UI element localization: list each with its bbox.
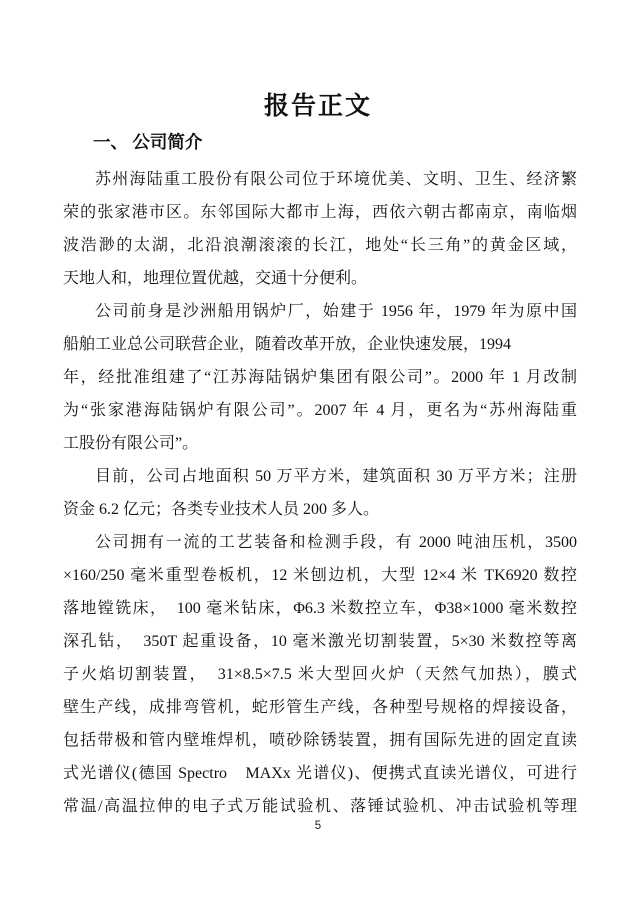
text-line-p2-l1: 公司前身是沙洲船用锅炉厂，始建于 1956 年，1979 年为原中国 xyxy=(63,295,577,328)
page-number: 5 xyxy=(0,819,636,834)
text-line-p4-l2: ×160/250 毫米重型卷板机，12 米刨边机，大型 12×4 米 TK692… xyxy=(63,559,577,592)
text-line-p4-l5: 子火焰切割装置， 31×8.5×7.5 米大型回火炉（天然气加热），膜式 xyxy=(63,658,577,691)
text-line-p4-l8: 式光谱仪(德国 Spectro MAXx 光谱仪)、便携式直读光谱仪，可进行 xyxy=(63,757,577,790)
text-line-p3-l2: 资金 6.2 亿元；各类专业技术人员 200 多人。 xyxy=(63,493,577,526)
text-line-p4-l1: 公司拥有一流的工艺装备和检测手段，有 2000 吨油压机，3500 xyxy=(63,526,577,559)
text-line-p1-l4: 天地人和，地理位置优越，交通十分便利。 xyxy=(63,262,577,295)
document-body: 苏州海陆重工股份有限公司位于环境优美、文明、卫生、经济繁荣的张家港市区。东邻国际… xyxy=(63,163,577,823)
text-line-p4-l6: 壁生产线，成排弯管机，蛇形管生产线，各种型号规格的焊接设备， xyxy=(63,691,577,724)
text-line-p1-l3: 波浩渺的太湖，北沿浪潮滚滚的长江，地处“长三角”的黄金区域， xyxy=(63,229,577,262)
text-line-p4-l4: 深孔钻， 350T 起重设备，10 毫米激光切割装置，5×30 米数控等离 xyxy=(63,625,577,658)
text-line-p2-l3: 年，经批准组建了“江苏海陆锅炉集团有限公司”。2000 年 1 月改制 xyxy=(63,361,577,394)
page-title: 报告正文 xyxy=(0,90,636,124)
text-line-p2-l5: 工股份有限公司”。 xyxy=(63,427,577,460)
text-line-p2-l4: 为“张家港海陆锅炉有限公司”。2007 年 4 月，更名为“苏州海陆重 xyxy=(63,394,577,427)
text-line-p3-l1: 目前，公司占地面积 50 万平方米，建筑面积 30 万平方米；注册 xyxy=(63,460,577,493)
text-line-p2-l2: 船舶工业总公司联营企业，随着改革开放，企业快速发展，1994 xyxy=(63,328,577,361)
text-line-p1-l1: 苏州海陆重工股份有限公司位于环境优美、文明、卫生、经济繁 xyxy=(63,163,577,196)
section-heading: 一、 公司简介 xyxy=(63,129,577,155)
text-line-p4-l7: 包括带极和管内壁堆焊机，喷砂除锈装置，拥有国际先进的固定直读 xyxy=(63,724,577,757)
text-line-p4-l3: 落地镗铣床， 100 毫米钻床，Φ6.3 米数控立车，Φ38×1000 毫米数控 xyxy=(63,592,577,625)
text-line-p1-l2: 荣的张家港市区。东邻国际大都市上海，西依六朝古都南京，南临烟 xyxy=(63,196,577,229)
document-page: 报告正文 一、 公司简介 苏州海陆重工股份有限公司位于环境优美、文明、卫生、经济… xyxy=(0,0,636,900)
